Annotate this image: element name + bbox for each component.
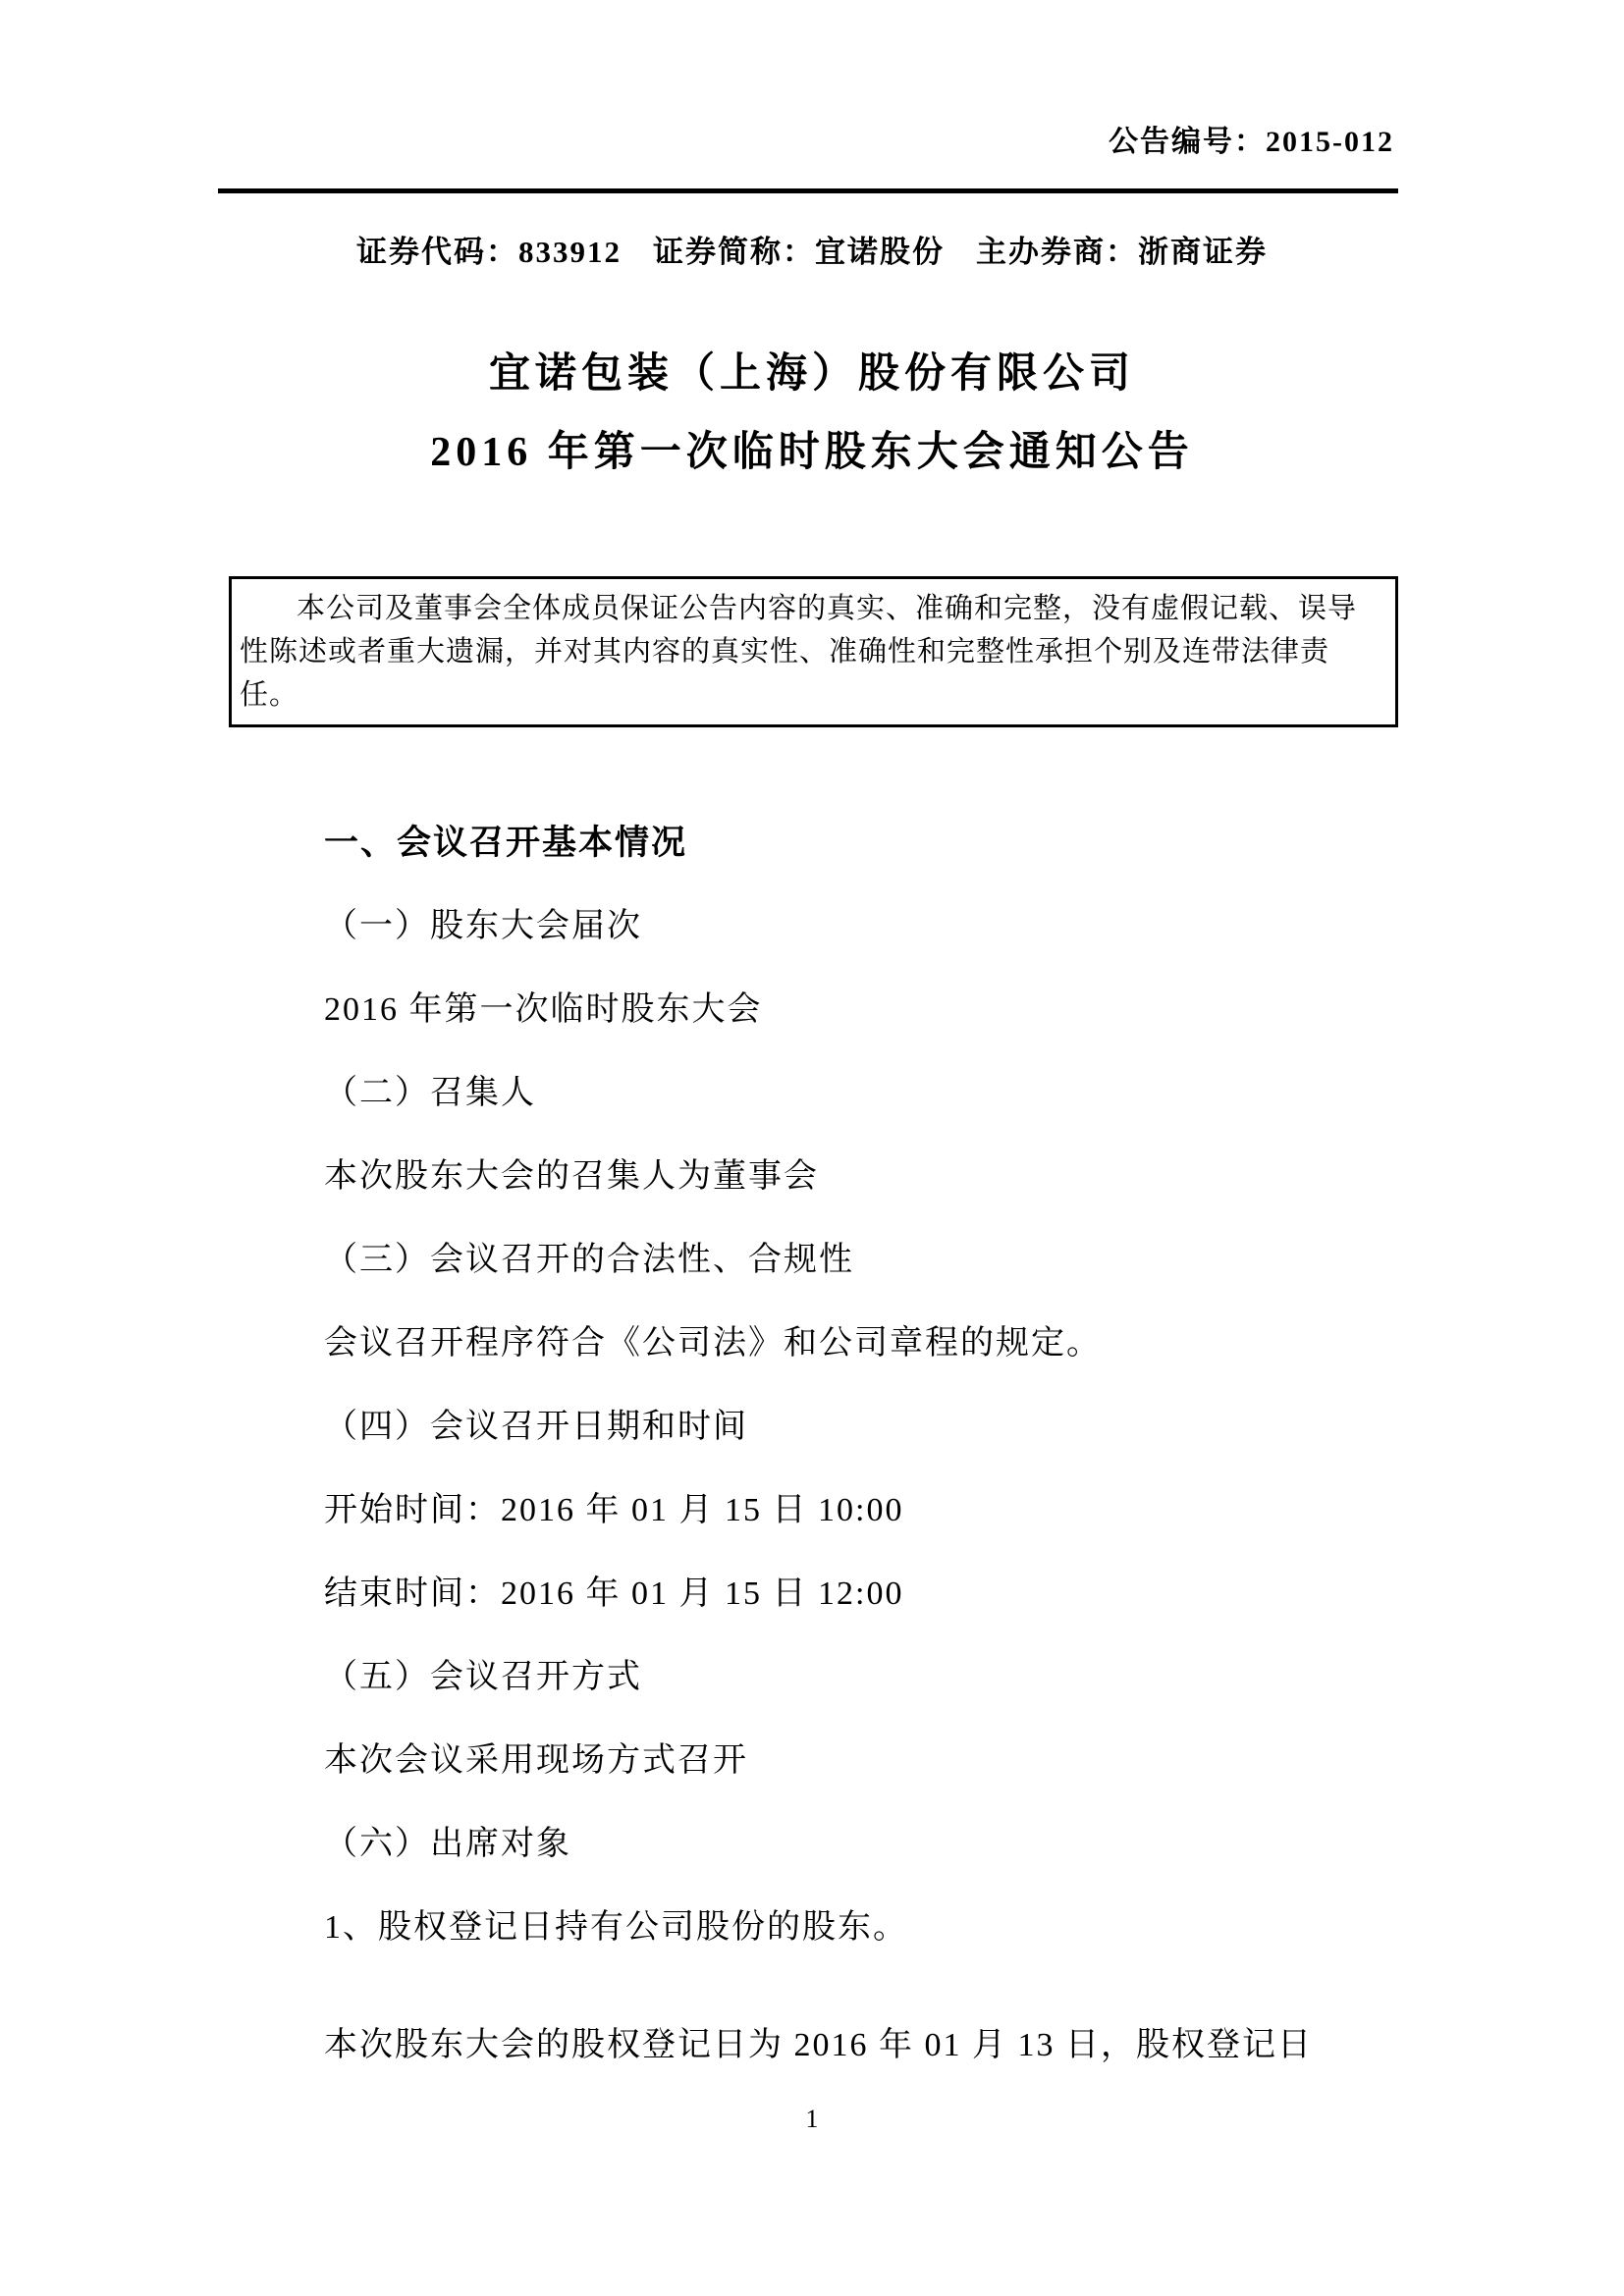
legality-value: 会议召开程序符合《公司法》和公司章程的规定。 xyxy=(231,1302,1398,1385)
securities-short-name: 证券简称：宜诺股份 xyxy=(653,235,945,269)
document-page: 公告编号：2015-012 证券代码：833912证券简称：宜诺股份主办券商：浙… xyxy=(0,0,1624,2296)
convener-value: 本次股东大会的召集人为董事会 xyxy=(231,1135,1398,1218)
item-date-time-label: （四）会议召开日期和时间 xyxy=(231,1385,1398,1468)
section-heading-meeting-basic-info: 一、会议召开基本情况 xyxy=(231,801,1398,884)
start-time-line: 开始时间：2016 年 01 月 15 日 10:00 xyxy=(231,1468,1398,1552)
sponsor-broker: 主办券商：浙商证券 xyxy=(976,235,1268,269)
document-body: 一、会议召开基本情况 （一）股东大会届次 2016 年第一次临时股东大会 （二）… xyxy=(0,801,1624,2087)
securities-code: 证券代码：833912 xyxy=(356,235,622,269)
header-divider xyxy=(218,188,1398,193)
item-meeting-method-label: （五）会议召开方式 xyxy=(231,1635,1398,1719)
disclaimer-box: 本公司及董事会全体成员保证公告内容的真实、准确和完整，没有虚假记载、误导性陈述或… xyxy=(229,576,1398,727)
item-meeting-session-label: （一）股东大会届次 xyxy=(231,884,1398,968)
doc-title-company-name: 宜诺包装（上海）股份有限公司 xyxy=(0,348,1624,400)
meeting-session-value: 2016 年第一次临时股东大会 xyxy=(231,968,1398,1051)
page-number: 1 xyxy=(0,2105,1624,2134)
item-attendees-label: （六）出席对象 xyxy=(231,1802,1398,1886)
securities-info-line: 证券代码：833912证券简称：宜诺股份主办券商：浙商证券 xyxy=(0,231,1624,274)
end-time-line: 结束时间：2016 年 01 月 15 日 12:00 xyxy=(231,1552,1398,1635)
attendees-item-1: 1、股权登记日持有公司股份的股东。 xyxy=(231,1886,1398,1969)
doc-title-meeting-notice: 2016 年第一次临时股东大会通知公告 xyxy=(0,427,1624,478)
announcement-number: 公告编号：2015-012 xyxy=(0,0,1624,163)
item-legality-label: （三）会议召开的合法性、合规性 xyxy=(231,1218,1398,1302)
disclaimer-text: 本公司及董事会全体成员保证公告内容的真实、准确和完整，没有虚假记载、误导性陈述或… xyxy=(240,587,1385,717)
meeting-method-value: 本次会议采用现场方式召开 xyxy=(231,1719,1398,1802)
item-convener-label: （二）召集人 xyxy=(231,1051,1398,1135)
record-date-line: 本次股东大会的股权登记日为 2016 年 01 月 13 日，股权登记日 xyxy=(231,2003,1398,2087)
